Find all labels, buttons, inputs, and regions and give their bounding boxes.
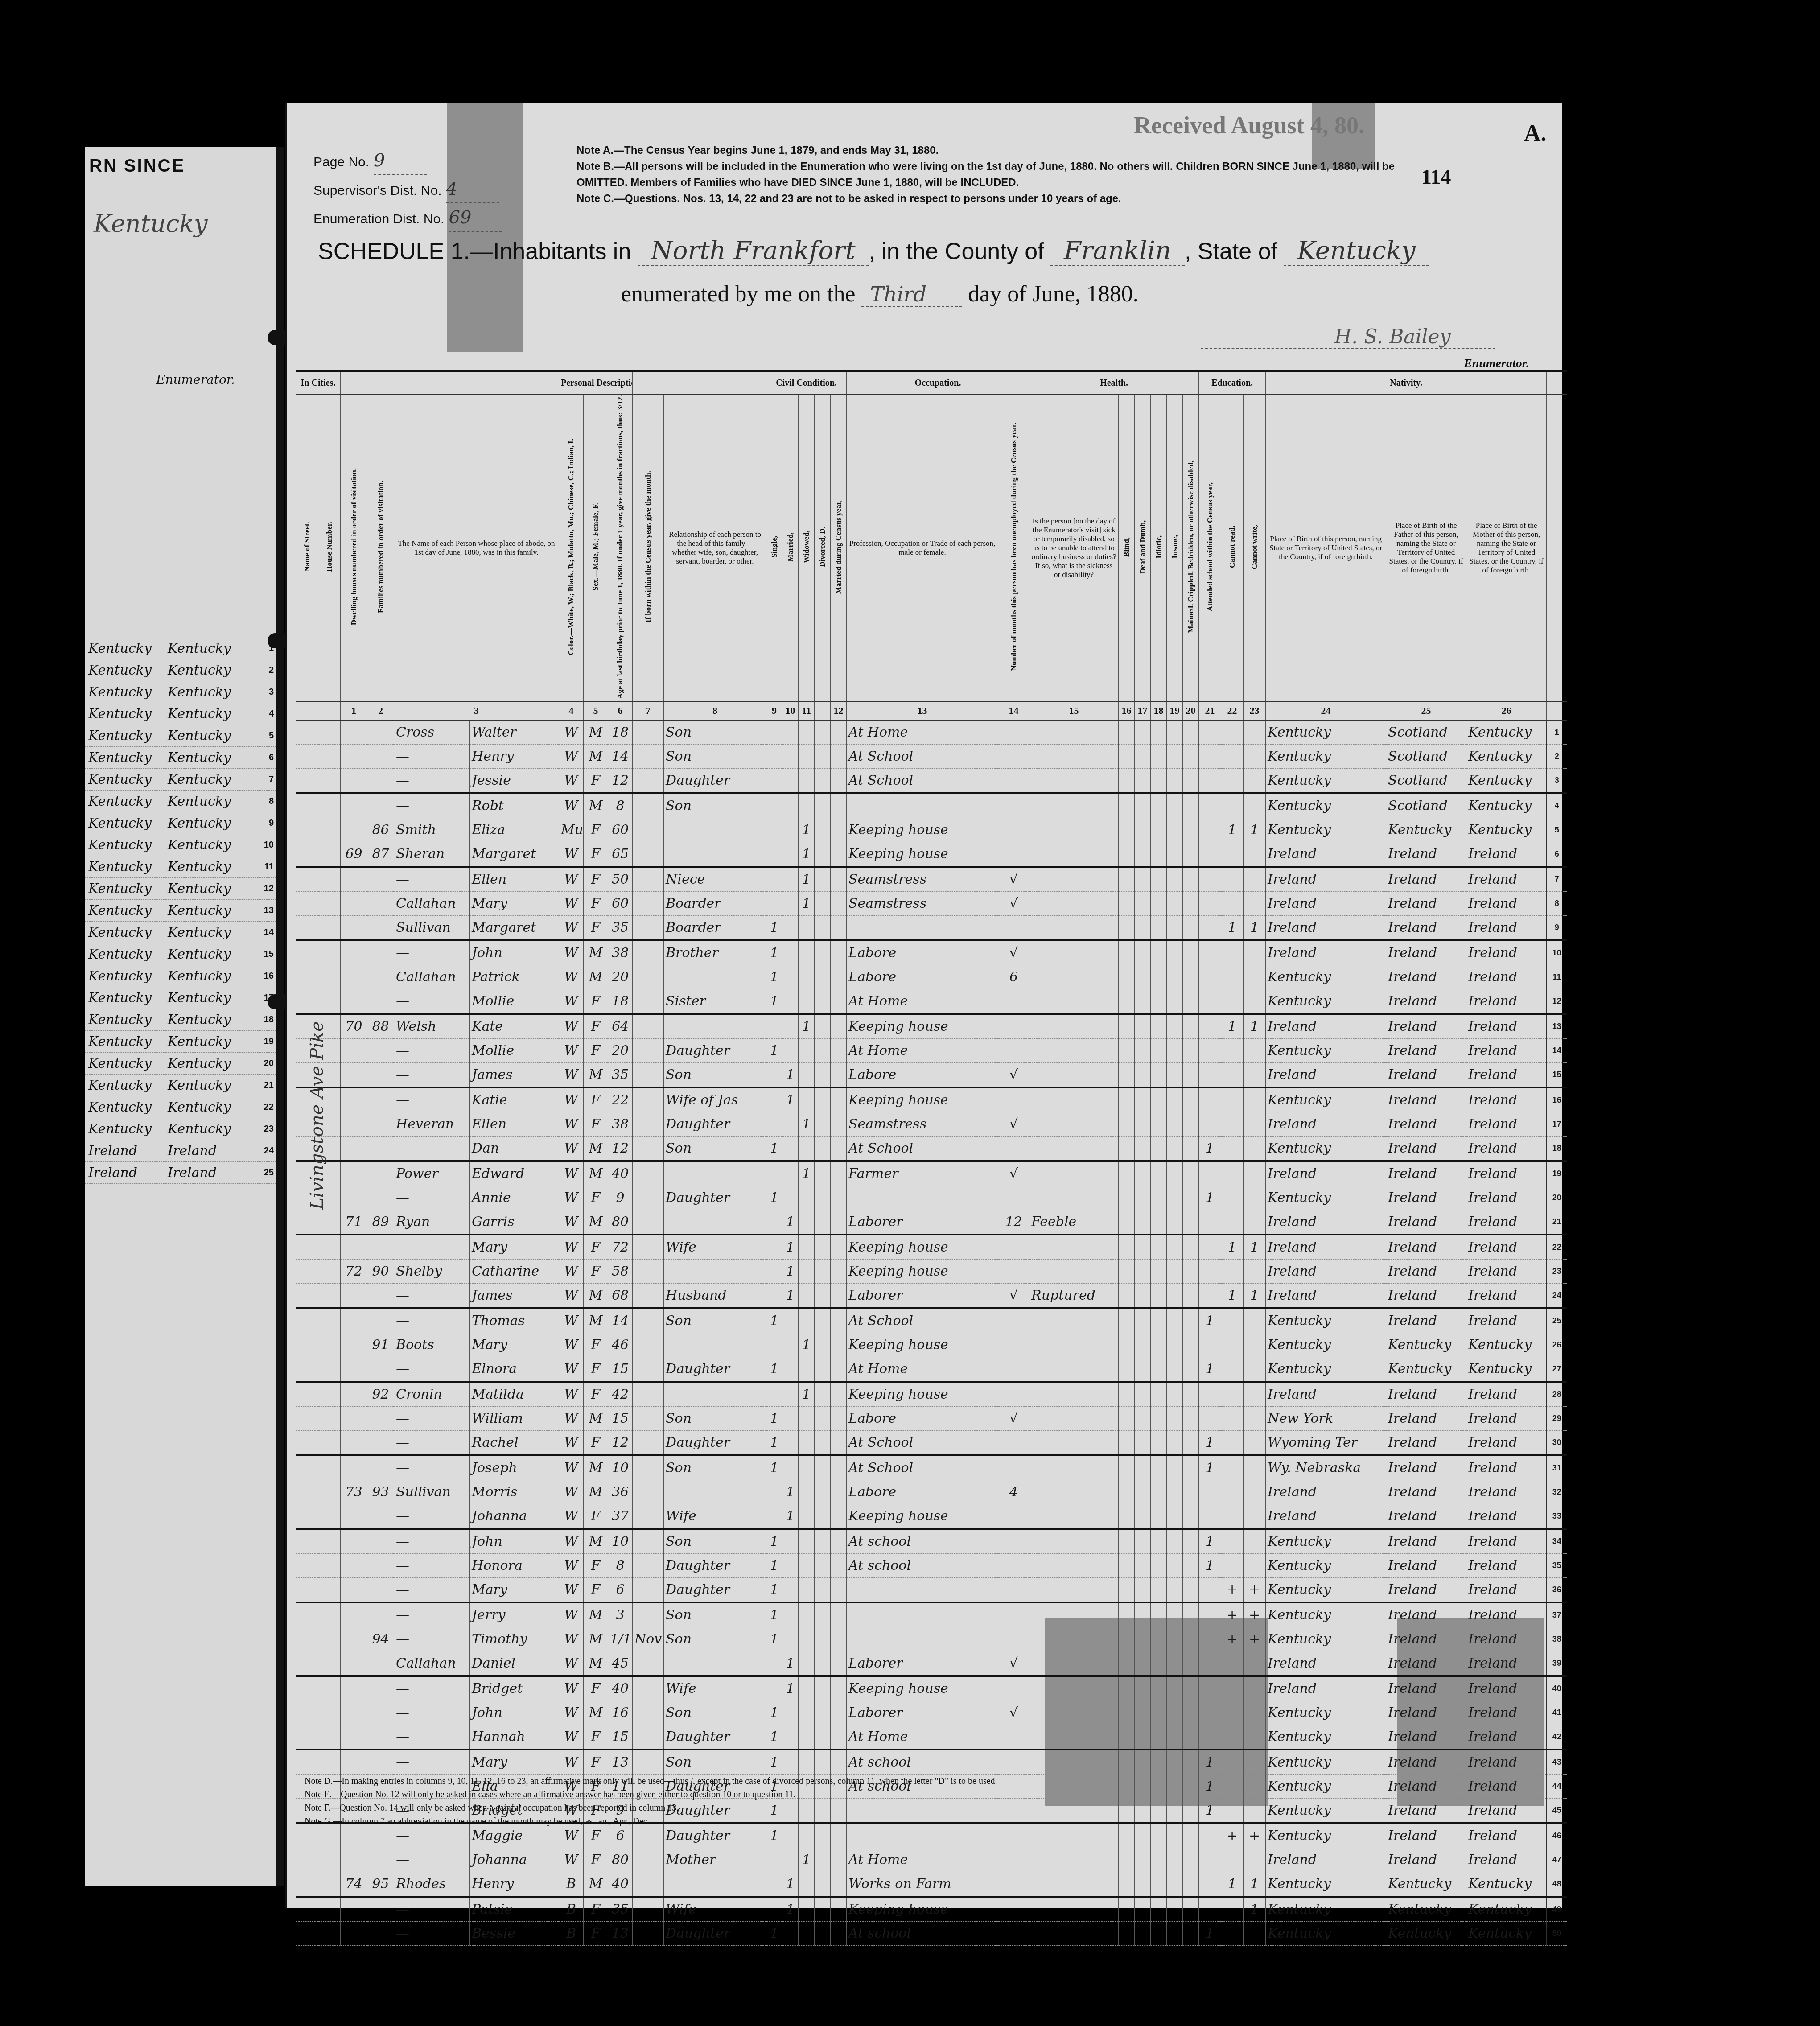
months-unemployed: [998, 745, 1029, 769]
birthplace: Ireland: [1266, 916, 1386, 941]
blind-mark: [1119, 1014, 1135, 1039]
sex: F: [584, 916, 608, 941]
birthplace: Ireland: [1266, 842, 1386, 867]
strip-line-number: 14: [243, 927, 274, 938]
street-cell: [296, 1701, 318, 1725]
sickness: [1029, 1087, 1119, 1112]
married-in-year-mark: [831, 1431, 847, 1456]
street-cell: [296, 1480, 318, 1504]
age: 6: [608, 1578, 633, 1603]
divorced-mark: [815, 1039, 831, 1063]
house-number-cell: [318, 1308, 341, 1333]
color: W: [559, 1039, 584, 1063]
cannot-read: [1221, 1554, 1244, 1578]
line-number: 24: [1547, 1284, 1567, 1309]
cannot-read: [1221, 1039, 1244, 1063]
page-no-label: Page No.: [313, 155, 369, 169]
cannot-write: [1244, 1529, 1266, 1554]
family-number: 95: [367, 1872, 394, 1897]
person-row: 7088WelshKateWF641Keeping house11Ireland…: [296, 1014, 1567, 1039]
sex: M: [584, 793, 608, 818]
color: W: [559, 1480, 584, 1504]
mother-birthplace: Ireland: [1466, 1063, 1547, 1088]
line-number: 26: [1547, 1333, 1567, 1357]
idiotic-mark: [1151, 1922, 1167, 1946]
months-unemployed: √: [998, 1284, 1029, 1309]
color: B: [559, 1872, 584, 1897]
column-number: 24: [1266, 701, 1386, 720]
supervisor-dist-label: Supervisor's Dist. No.: [313, 183, 441, 198]
mother-birthplace: Ireland: [1466, 1676, 1547, 1701]
sex: F: [584, 1922, 608, 1946]
color: W: [559, 867, 584, 892]
sex: F: [584, 769, 608, 794]
surname: —: [394, 1602, 470, 1627]
line-number: 19: [1547, 1161, 1567, 1186]
cannot-write: [1244, 745, 1266, 769]
sex: M: [584, 1872, 608, 1897]
surname: —: [394, 1701, 470, 1725]
column-number: 25: [1386, 701, 1466, 720]
surname: —: [394, 867, 470, 892]
dwelling-number: [341, 1087, 367, 1112]
occupation: Keeping house: [847, 1897, 998, 1922]
divorced-mark: [815, 1922, 831, 1946]
relationship: Daughter: [664, 769, 766, 794]
birthplace: Kentucky: [1266, 1137, 1386, 1161]
months-unemployed: [998, 1676, 1029, 1701]
insane-mark: [1167, 1529, 1183, 1554]
idiotic-mark: [1151, 842, 1167, 867]
birthplace: Kentucky: [1266, 1750, 1386, 1775]
mother-birthplace: Ireland: [1466, 1775, 1547, 1799]
column-number: 23: [1244, 701, 1266, 720]
deaf-mark: [1135, 1676, 1151, 1701]
birth-month: [633, 1872, 664, 1897]
single-mark: 1: [766, 1701, 782, 1725]
occupation: At Home: [847, 720, 998, 745]
married-in-year-mark: [831, 1039, 847, 1063]
months-unemployed: [998, 916, 1029, 941]
age: 58: [608, 1260, 633, 1284]
strip-row: KentuckyKentucky6: [85, 747, 276, 769]
insane-mark: [1167, 1333, 1183, 1357]
family-number: [367, 1039, 394, 1063]
birth-month: [633, 1480, 664, 1504]
single-mark: 1: [766, 1186, 782, 1210]
married-in-year-mark: [831, 1701, 847, 1725]
surname: Rhodes: [394, 1872, 470, 1897]
divorced-mark: [815, 1112, 831, 1137]
given-name: Patsie: [470, 1897, 559, 1922]
strip-mother-birthplace: Kentucky: [164, 1099, 243, 1115]
attended-school: [1199, 1161, 1221, 1186]
relationship: Son: [664, 1627, 766, 1651]
surname: —: [394, 745, 470, 769]
dwelling-number: [341, 1112, 367, 1137]
birth-month: [633, 940, 664, 965]
married-mark: 1: [782, 1651, 799, 1676]
person-row: 7495RhodesHenryBM401Works on Farm11Kentu…: [296, 1872, 1567, 1897]
married-in-year-mark: [831, 1602, 847, 1627]
idiotic-mark: [1151, 818, 1167, 842]
person-row: —HonoraWF8Daughter1At school1KentuckyIre…: [296, 1554, 1567, 1578]
single-mark: 1: [766, 940, 782, 965]
cannot-read: [1221, 989, 1244, 1014]
maimed-mark: [1183, 1235, 1199, 1260]
deaf-mark: [1135, 1260, 1151, 1284]
months-unemployed: [998, 842, 1029, 867]
months-unemployed: [998, 1308, 1029, 1333]
surname: Heveran: [394, 1112, 470, 1137]
deaf-mark: [1135, 1161, 1151, 1186]
house-number-cell: [318, 1872, 341, 1897]
color: W: [559, 720, 584, 745]
note-g: Note G.—In column 7 an abbreviation in t…: [305, 1815, 1107, 1828]
sex: F: [584, 1333, 608, 1357]
strip-line-number: 2: [243, 665, 274, 675]
deaf-mark: [1135, 1431, 1151, 1456]
birth-month: [633, 1504, 664, 1529]
birth-month: [633, 1701, 664, 1725]
maimed-mark: [1183, 1651, 1199, 1676]
attended-school: [1199, 1284, 1221, 1309]
street-cell: [296, 1676, 318, 1701]
birthplace: Kentucky: [1266, 793, 1386, 818]
mother-birthplace: Kentucky: [1466, 745, 1547, 769]
months-unemployed: [998, 1750, 1029, 1775]
maimed-mark: [1183, 1308, 1199, 1333]
father-birthplace: Ireland: [1386, 1284, 1466, 1309]
deaf-mark: [1135, 1701, 1151, 1725]
cannot-read: [1221, 1357, 1244, 1382]
birth-month: [633, 1897, 664, 1922]
maimed-mark: [1183, 1554, 1199, 1578]
cannot-read: [1221, 1848, 1244, 1872]
months-unemployed: [998, 1357, 1029, 1382]
district-ids: Page No.9 Supervisor's Dist. No.4 Enumer…: [313, 147, 502, 233]
group-nativity: Nativity.: [1266, 371, 1547, 395]
age: 40: [608, 1872, 633, 1897]
idiotic-mark: [1151, 1799, 1167, 1824]
attended-school: [1199, 1087, 1221, 1112]
married-mark: 1: [782, 1897, 799, 1922]
surname: —: [394, 1087, 470, 1112]
relationship: Boarder: [664, 892, 766, 916]
married-in-year-mark: [831, 1235, 847, 1260]
maimed-mark: [1183, 1504, 1199, 1529]
widowed-mark: 1: [799, 1161, 815, 1186]
single-mark: 1: [766, 1578, 782, 1603]
surname: —: [394, 1284, 470, 1309]
line-number: 44: [1547, 1775, 1567, 1799]
given-name: Mary: [470, 1578, 559, 1603]
mother-birthplace: Ireland: [1466, 1725, 1547, 1750]
dwelling-number: [341, 1137, 367, 1161]
months-unemployed: [998, 1627, 1029, 1651]
sex: F: [584, 1750, 608, 1775]
idiotic-mark: [1151, 1112, 1167, 1137]
blind-mark: [1119, 1651, 1135, 1676]
strip-father-birthplace: Kentucky: [85, 663, 164, 678]
color: W: [559, 1504, 584, 1529]
street-cell: [296, 1235, 318, 1260]
married-in-year-mark: [831, 1161, 847, 1186]
deaf-mark: [1135, 1848, 1151, 1872]
attended-school: [1199, 1872, 1221, 1897]
single-mark: [766, 1014, 782, 1039]
house-number-cell: [318, 1529, 341, 1554]
occupation: Labore: [847, 1063, 998, 1088]
surname: —: [394, 1431, 470, 1456]
cannot-write: [1244, 989, 1266, 1014]
mother-birthplace: Ireland: [1466, 1602, 1547, 1627]
cannot-read: [1221, 1799, 1244, 1824]
house-number-cell: [318, 842, 341, 867]
column-number: 1: [341, 701, 367, 720]
occupation: Seamstress: [847, 892, 998, 916]
occupation: Keeping house: [847, 1504, 998, 1529]
line-number: 45: [1547, 1799, 1567, 1824]
given-name: Jessie: [470, 769, 559, 794]
deaf-mark: [1135, 1137, 1151, 1161]
mother-birthplace: Ireland: [1466, 1284, 1547, 1309]
age: 45: [608, 1651, 633, 1676]
given-name: Mary: [470, 1333, 559, 1357]
cannot-read: [1221, 1455, 1244, 1480]
single-mark: 1: [766, 1357, 782, 1382]
mother-birthplace: Ireland: [1466, 867, 1547, 892]
single-mark: [766, 1333, 782, 1357]
widowed-mark: 1: [799, 1333, 815, 1357]
column-number: 13: [847, 701, 998, 720]
cannot-read: [1221, 1382, 1244, 1407]
idiotic-mark: [1151, 1602, 1167, 1627]
house-number-cell: [318, 1480, 341, 1504]
cannot-write: [1244, 1161, 1266, 1186]
sex: F: [584, 867, 608, 892]
blind-mark: [1119, 1260, 1135, 1284]
months-unemployed: [998, 1087, 1029, 1112]
married-mark: [782, 989, 799, 1014]
sickness: [1029, 1750, 1119, 1775]
deaf-mark: [1135, 1897, 1151, 1922]
sickness: [1029, 842, 1119, 867]
family-number: [367, 1455, 394, 1480]
widowed-mark: [799, 1308, 815, 1333]
single-mark: 1: [766, 1922, 782, 1946]
dwelling-number: [341, 1161, 367, 1186]
blind-mark: [1119, 1161, 1135, 1186]
married-in-year-mark: [831, 1063, 847, 1088]
idiotic-mark: [1151, 1014, 1167, 1039]
maimed-mark: [1183, 1872, 1199, 1897]
sex: F: [584, 1382, 608, 1407]
insane-mark: [1167, 1651, 1183, 1676]
maimed-mark: [1183, 940, 1199, 965]
house-number-cell: [318, 769, 341, 794]
birth-month: [633, 1333, 664, 1357]
person-row: 86SmithElizaMuF601Keeping house11Kentuck…: [296, 818, 1567, 842]
deaf-mark: [1135, 940, 1151, 965]
color: W: [559, 1186, 584, 1210]
sickness: [1029, 1676, 1119, 1701]
color: W: [559, 940, 584, 965]
divorced-mark: [815, 1210, 831, 1235]
strip-row: KentuckyKentucky5: [85, 725, 276, 747]
cannot-write: [1244, 1922, 1266, 1946]
street-cell: [296, 916, 318, 941]
house-number-cell: [318, 916, 341, 941]
occupation: Keeping house: [847, 1676, 998, 1701]
blind-mark: [1119, 1750, 1135, 1775]
color: W: [559, 1627, 584, 1651]
cannot-read: [1221, 1725, 1244, 1750]
mother-birthplace: Ireland: [1466, 1799, 1547, 1824]
strip-father-birthplace: Kentucky: [85, 947, 164, 962]
relationship: Daughter: [664, 1554, 766, 1578]
married-mark: [782, 1014, 799, 1039]
age: 60: [608, 818, 633, 842]
column-number: 20: [1183, 701, 1199, 720]
divorced-mark: [815, 1333, 831, 1357]
person-row: 94—TimothyWM1/12NovSon1++KentuckyIreland…: [296, 1627, 1567, 1651]
months-unemployed: [998, 1137, 1029, 1161]
strip-row: KentuckyKentucky19: [85, 1031, 276, 1053]
widowed-mark: [799, 745, 815, 769]
widowed-mark: 1: [799, 1848, 815, 1872]
age: 3: [608, 1602, 633, 1627]
blind-mark: [1119, 1284, 1135, 1309]
blind-mark: [1119, 769, 1135, 794]
birthplace: Kentucky: [1266, 720, 1386, 745]
sickness: [1029, 1063, 1119, 1088]
cannot-read: [1221, 1112, 1244, 1137]
column-header: Name of Street.: [296, 395, 318, 701]
single-mark: [766, 1087, 782, 1112]
strip-father-birthplace: Kentucky: [85, 1078, 164, 1093]
single-mark: [766, 1651, 782, 1676]
person-row: —DanWM12Son1At School1KentuckyIrelandIre…: [296, 1137, 1567, 1161]
birthplace: Kentucky: [1266, 1333, 1386, 1357]
single-mark: [766, 867, 782, 892]
birth-month: [633, 1087, 664, 1112]
attended-school: [1199, 1014, 1221, 1039]
insane-mark: [1167, 1578, 1183, 1603]
note-e: Note E.—Question No. 12 will only be ask…: [305, 1788, 1107, 1801]
birthplace: Kentucky: [1266, 989, 1386, 1014]
married-mark: [782, 842, 799, 867]
months-unemployed: [998, 1848, 1029, 1872]
house-number-cell: [318, 745, 341, 769]
cannot-read: [1221, 965, 1244, 989]
sickness: [1029, 1725, 1119, 1750]
strip-line-number: 25: [243, 1168, 274, 1178]
single-mark: [766, 793, 782, 818]
widowed-mark: [799, 1725, 815, 1750]
color: W: [559, 1112, 584, 1137]
idiotic-mark: [1151, 1087, 1167, 1112]
sickness: [1029, 1137, 1119, 1161]
age: 60: [608, 892, 633, 916]
age: 68: [608, 1284, 633, 1309]
widowed-mark: [799, 1602, 815, 1627]
months-unemployed: √: [998, 1161, 1029, 1186]
column-header: Age at last birthday prior to June 1, 18…: [608, 395, 633, 701]
widowed-mark: [799, 1431, 815, 1456]
widowed-mark: [799, 1063, 815, 1088]
birthplace: Kentucky: [1266, 965, 1386, 989]
blind-mark: [1119, 1455, 1135, 1480]
birth-month: [633, 745, 664, 769]
single-mark: [766, 720, 782, 745]
maimed-mark: [1183, 1186, 1199, 1210]
schedule-label: SCHEDULE 1.—Inhabitants in: [318, 239, 631, 264]
attended-school: 1: [1199, 1137, 1221, 1161]
dwelling-number: [341, 1848, 367, 1872]
relationship: Son: [664, 793, 766, 818]
father-birthplace: Ireland: [1386, 1039, 1466, 1063]
father-birthplace: Ireland: [1386, 940, 1466, 965]
attended-school: [1199, 1333, 1221, 1357]
group-education: Education.: [1199, 371, 1266, 395]
sex: F: [584, 1014, 608, 1039]
surname: —: [394, 1578, 470, 1603]
maimed-mark: [1183, 989, 1199, 1014]
strip-row: KentuckyKentucky23: [85, 1118, 276, 1140]
insane-mark: [1167, 892, 1183, 916]
census-table: In Cities. Personal Description. Civil C…: [296, 370, 1567, 1946]
strip-line-number: 4: [243, 709, 274, 719]
birthplace: Ireland: [1266, 1480, 1386, 1504]
idiotic-mark: [1151, 916, 1167, 941]
married-mark: [782, 1186, 799, 1210]
family-number: [367, 1848, 394, 1872]
color: W: [559, 1651, 584, 1676]
maimed-mark: [1183, 1382, 1199, 1407]
birthplace: Kentucky: [1266, 1578, 1386, 1603]
insane-mark: [1167, 769, 1183, 794]
line-number: 30: [1547, 1431, 1567, 1456]
attended-school: [1199, 1725, 1221, 1750]
surname: Welsh: [394, 1014, 470, 1039]
sex: F: [584, 1357, 608, 1382]
family-number: [367, 1087, 394, 1112]
birth-month: [633, 1676, 664, 1701]
relationship: Wife: [664, 1676, 766, 1701]
widowed-mark: [799, 1284, 815, 1309]
mother-birthplace: Ireland: [1466, 965, 1547, 989]
idiotic-mark: [1151, 1897, 1167, 1922]
house-number-cell: [318, 720, 341, 745]
strip-father-birthplace: Kentucky: [85, 1034, 164, 1050]
strip-father-birthplace: Kentucky: [85, 837, 164, 853]
married-in-year-mark: [831, 1897, 847, 1922]
attended-school: [1199, 1260, 1221, 1284]
cannot-write: [1244, 1480, 1266, 1504]
birth-month: [633, 720, 664, 745]
strip-row: KentuckyKentucky14: [85, 922, 276, 943]
deaf-mark: [1135, 818, 1151, 842]
widowed-mark: [799, 940, 815, 965]
occupation: Keeping house: [847, 1087, 998, 1112]
cannot-read: [1221, 1333, 1244, 1357]
divorced-mark: [815, 1137, 831, 1161]
house-number-cell: [318, 867, 341, 892]
cannot-write: [1244, 1260, 1266, 1284]
sex: M: [584, 1210, 608, 1235]
married-mark: [782, 1039, 799, 1063]
